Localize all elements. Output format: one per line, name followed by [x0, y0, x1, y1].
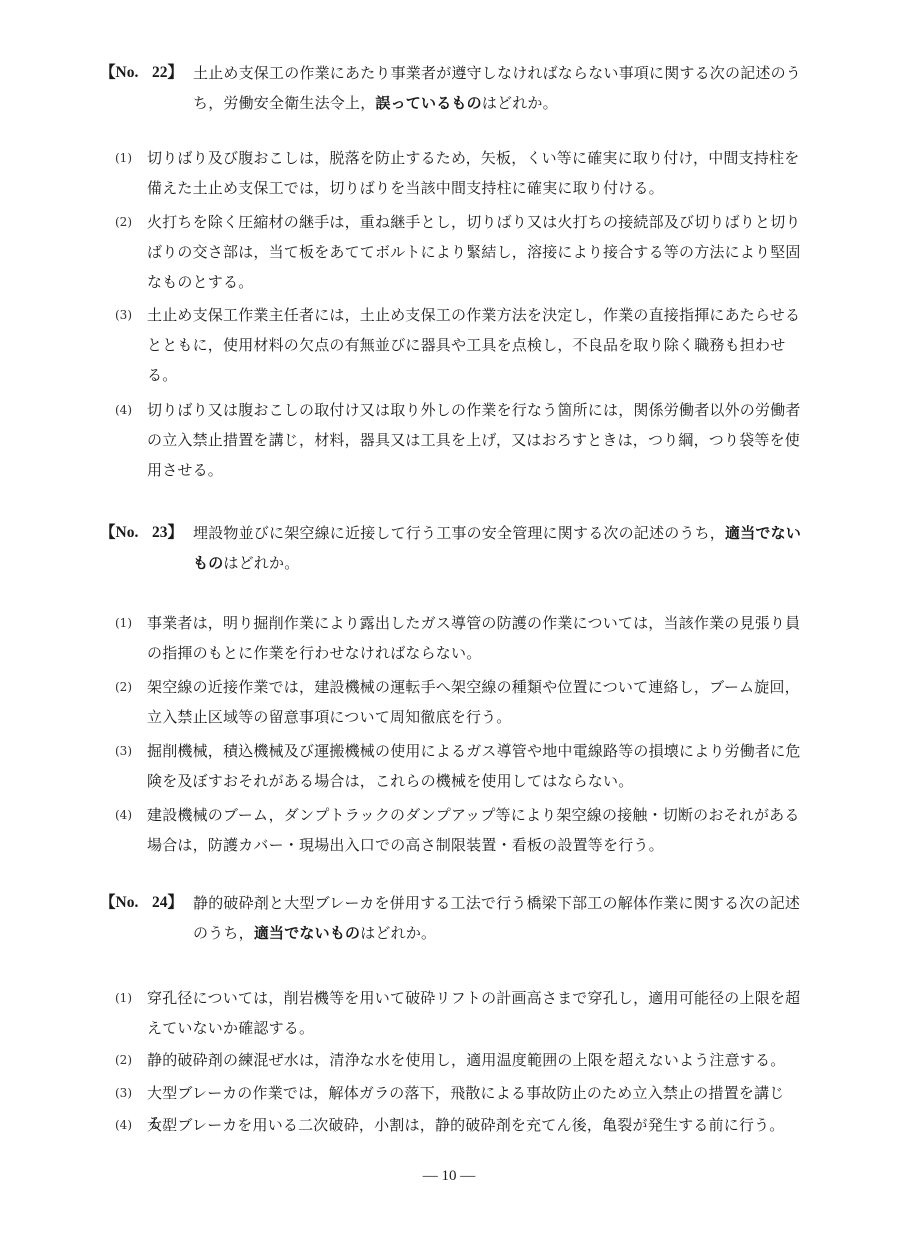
- question-label: 【No.: [100, 58, 138, 88]
- question-number: 22】: [152, 58, 183, 88]
- question-stem: 土止め支保工の作業にあたり事業者が遵守しなければならない事項に関する次の記述のう…: [193, 58, 808, 118]
- page-number: — 10 —: [0, 1168, 898, 1185]
- question-label: 【No.: [100, 888, 138, 918]
- emphasis-text: 誤っているもの: [375, 94, 481, 112]
- question-label: 【No.: [100, 518, 138, 548]
- question-stem: 埋設物並びに架空線に近接して行う工事の安全管理に関する次の記述のうち，適当でない…: [193, 518, 808, 578]
- emphasis-text: 適当でないもの: [254, 924, 360, 942]
- question-stem: 静的破砕剤と大型ブレーカを併用する工法で行う橋梁下部工の解体作業に関する次の記述…: [193, 888, 808, 948]
- question-number: 23】: [152, 518, 183, 548]
- question-number: 24】: [152, 888, 183, 918]
